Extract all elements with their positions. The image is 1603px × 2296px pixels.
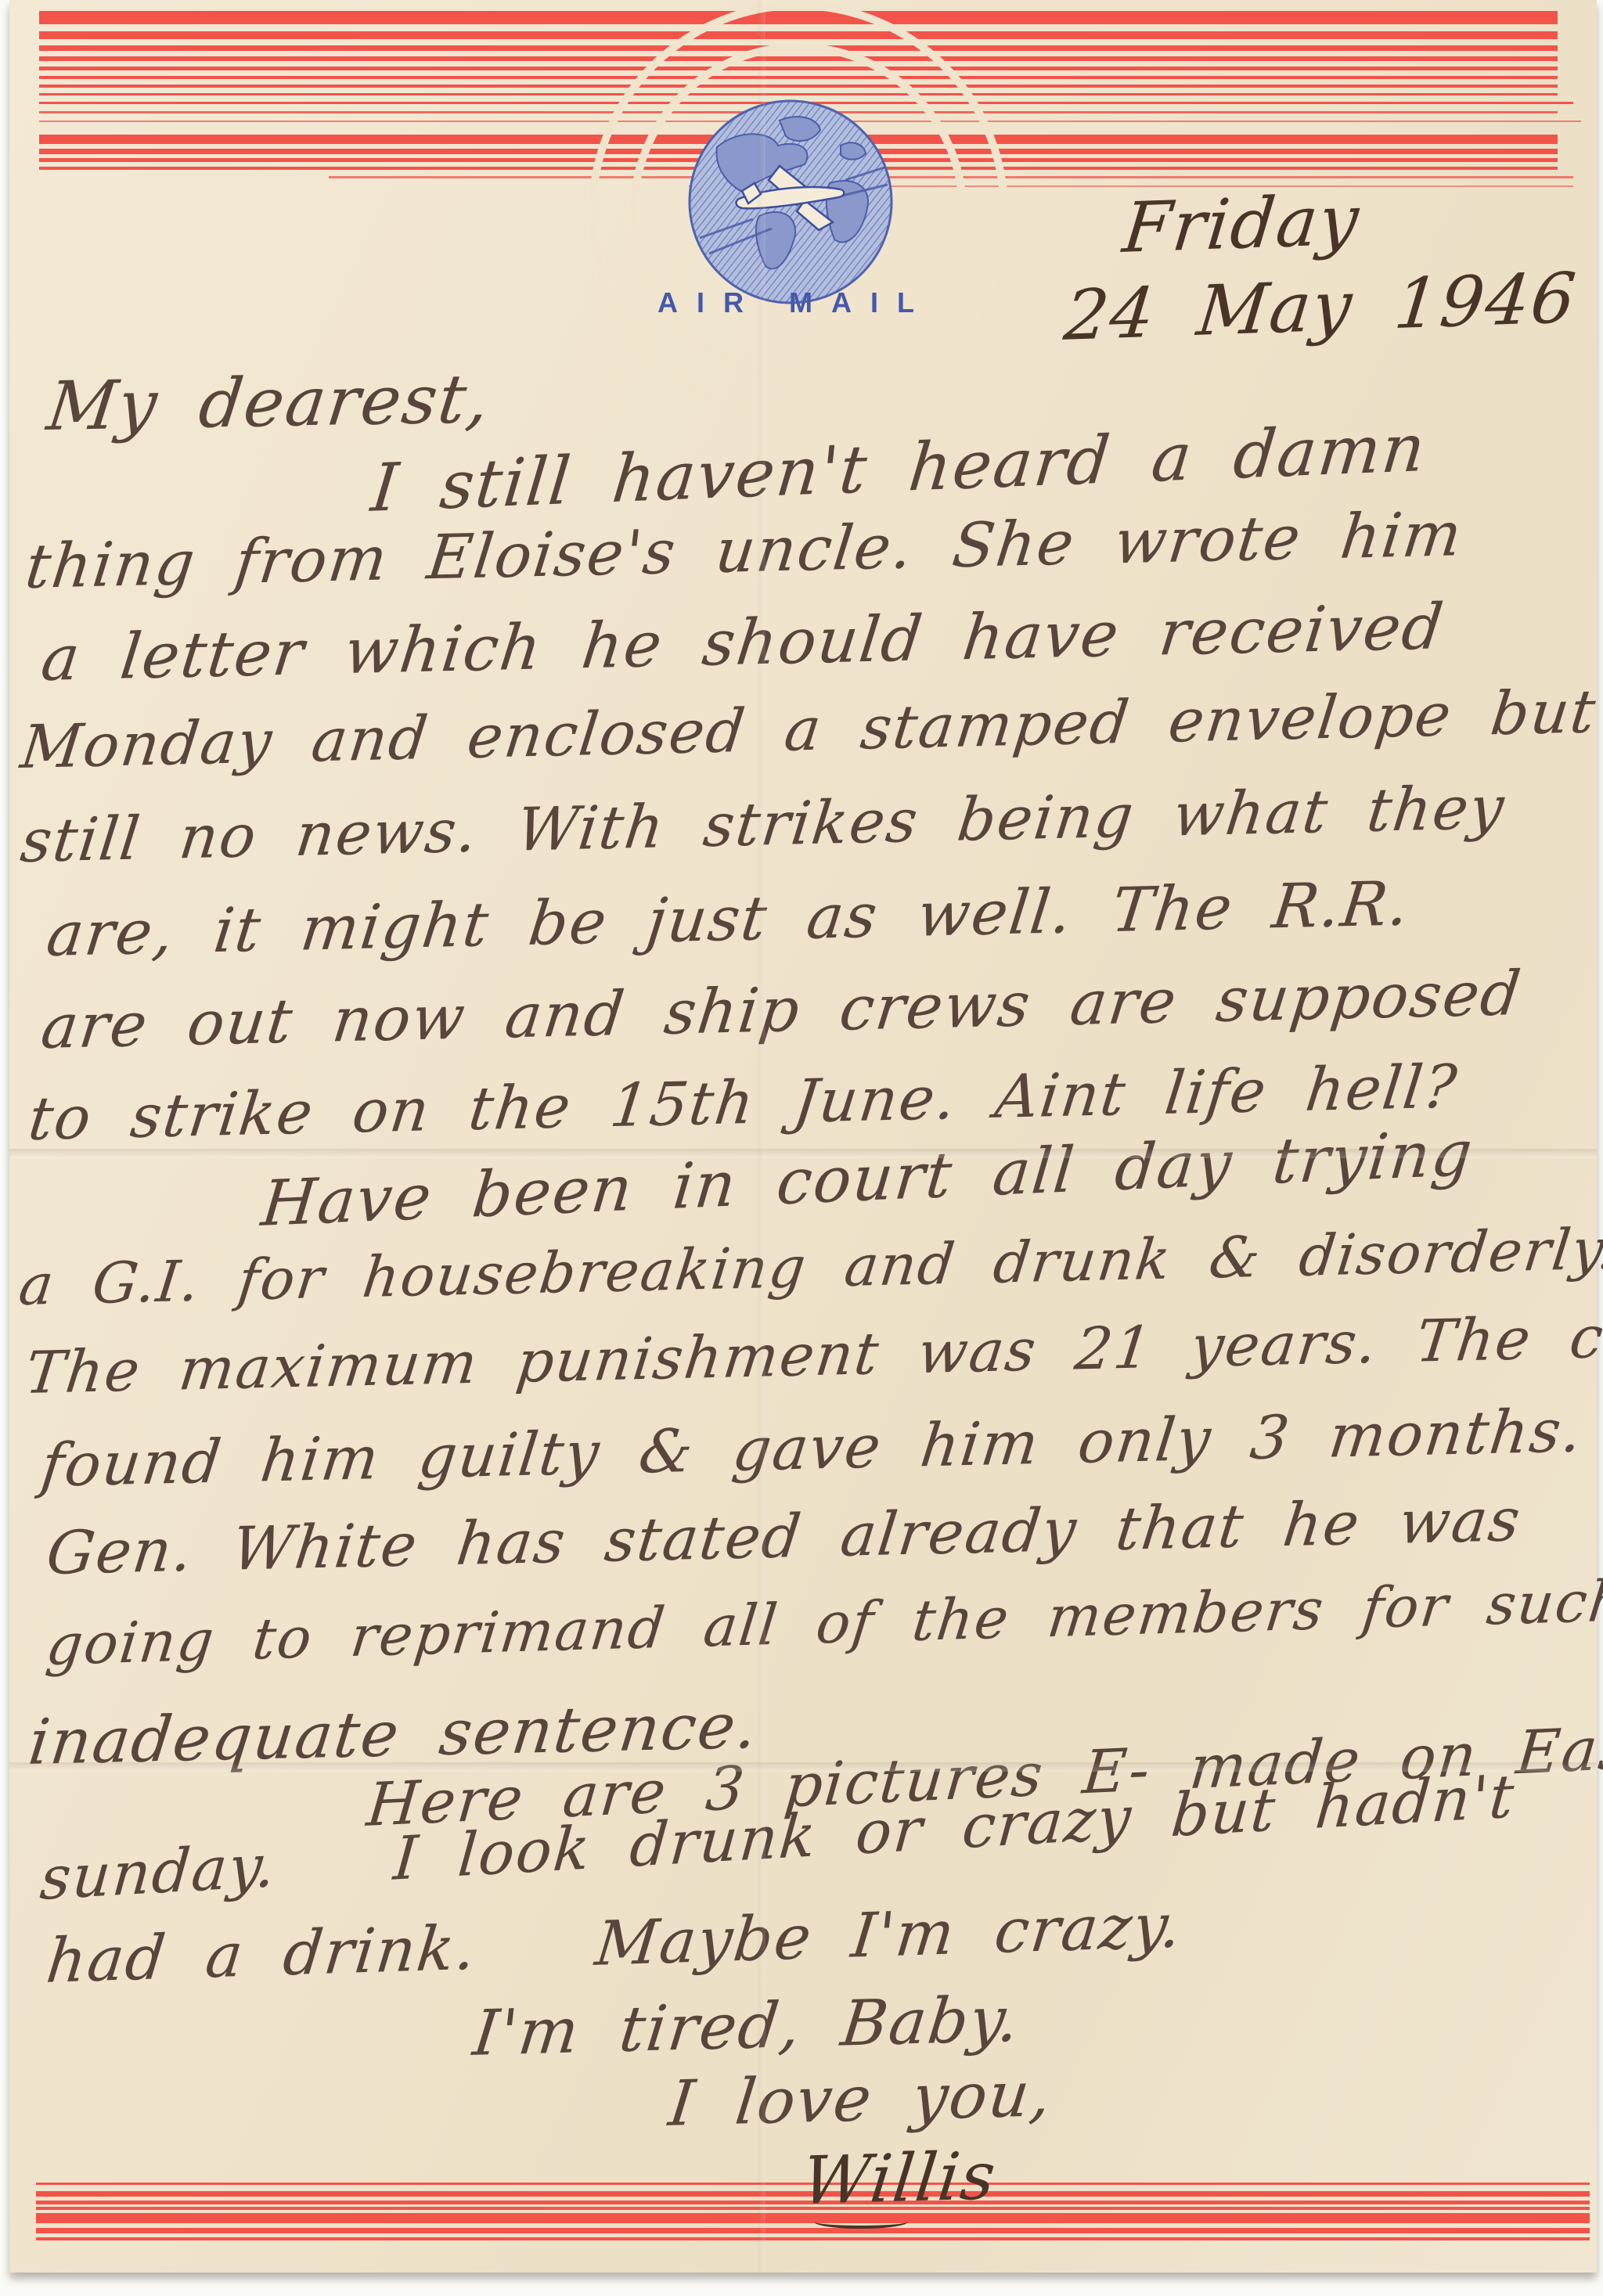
date-weekday: Friday: [1119, 179, 1363, 268]
salutation: My dearest,: [43, 360, 495, 446]
letterhead-stripe-bottom: [36, 2228, 1590, 2233]
airmail-globe-logo: [687, 99, 894, 305]
airmail-label: AIR MAIL: [592, 286, 999, 319]
closing-line: I'm tired, Baby.: [470, 1982, 1024, 2070]
closing-line: I love you,: [665, 2057, 1057, 2140]
signature: Willis: [798, 2137, 1001, 2219]
signature-flourish: [814, 2215, 908, 2229]
letterhead-stripe-bottom: [36, 2237, 1590, 2240]
scanned-letter-page: AIR MAIL Friday 24 May 1946 My dearest, …: [0, 0, 1603, 2296]
